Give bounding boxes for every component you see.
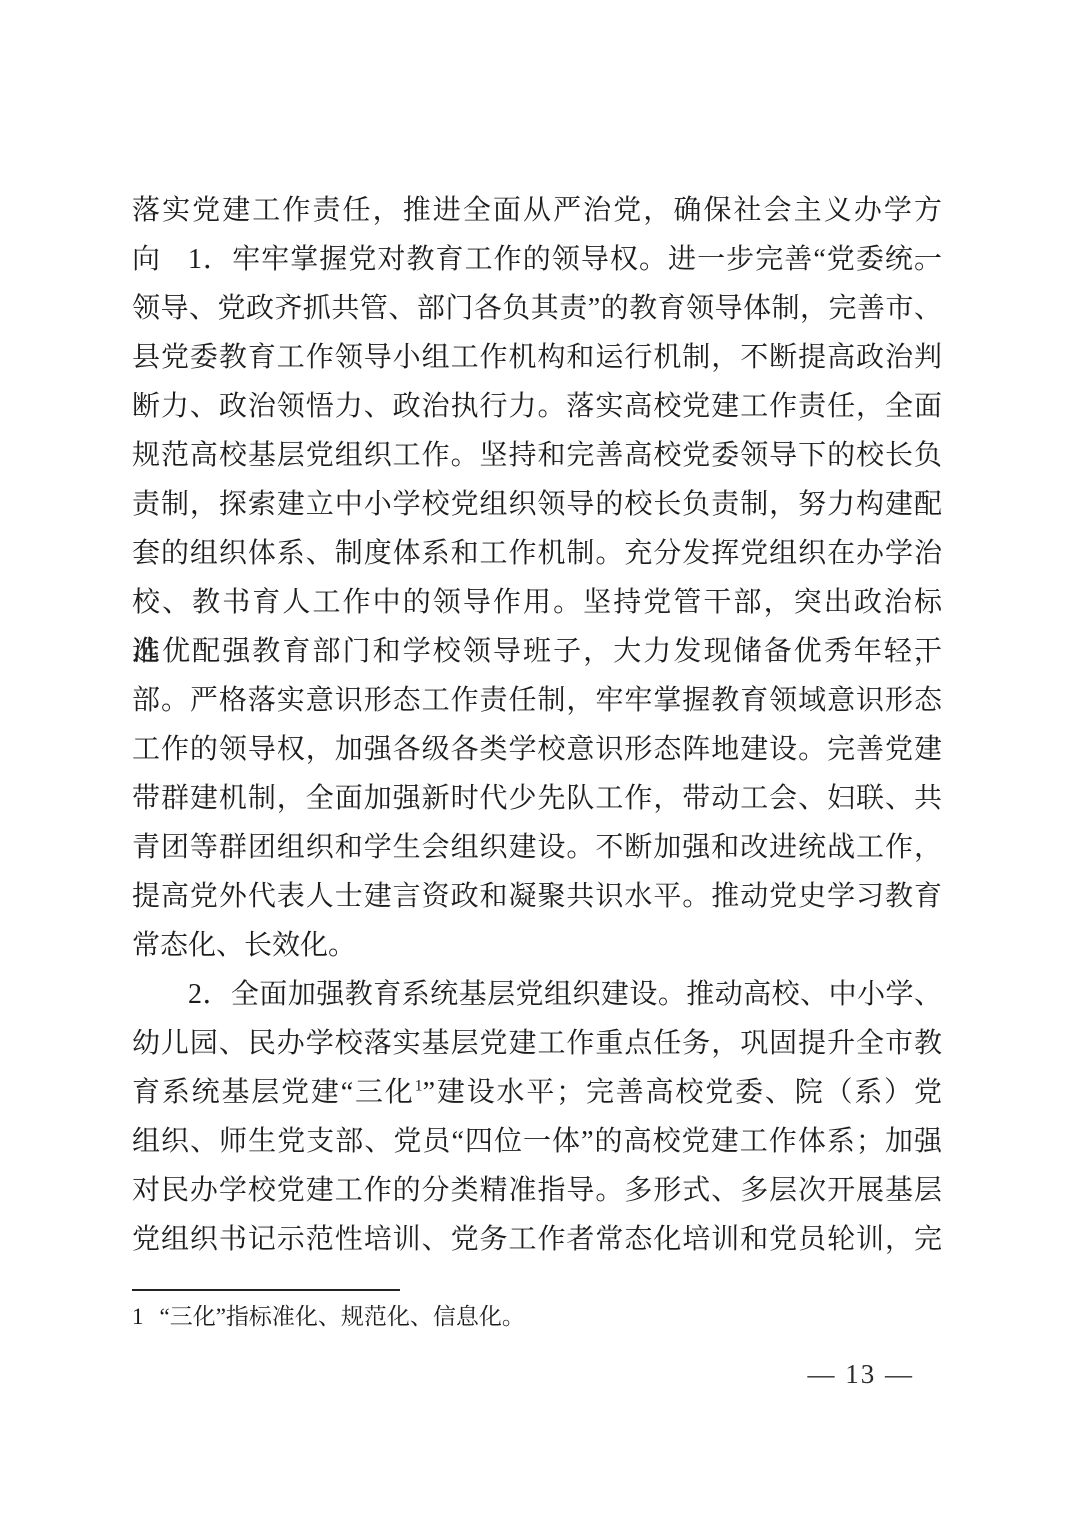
body-text-line: 2．全面加强教育系统基层党组织建设。推动高校、中小学、 <box>132 970 942 1019</box>
body-text-line: 领导、党政齐抓共管、部门各负其责”的教育领导体制，完善市、 <box>132 284 942 333</box>
body-text-line: 落实党建工作责任，推进全面从严治党，确保社会主义办学方向。 <box>132 186 942 235</box>
body-text-line: 青团等群团组织和学生会组织建设。不断加强和改进统战工作， <box>132 823 942 872</box>
footnote-reference-superscript: 1 <box>415 1078 423 1095</box>
body-text-line: 规范高校基层党组织工作。坚持和完善高校党委领导下的校长负 <box>132 431 942 480</box>
body-text-line: 提高党外代表人士建言资政和凝聚共识水平。推动党史学习教育 <box>132 872 942 921</box>
body-text-line: 选优配强教育部门和学校领导班子，大力发现储备优秀年轻干 <box>132 627 942 676</box>
body-text-line: 育系统基层党建“三化1”建设水平；完善高校党委、院（系）党 <box>132 1068 942 1117</box>
footnote-marker: 1 <box>132 1300 144 1334</box>
body-text-line: 党组织书记示范性培训、党务工作者常态化培训和党员轮训，完 <box>132 1215 942 1264</box>
footnote-divider <box>132 1289 400 1291</box>
footnote-section: 1“三化”指标准化、规范化、信息化。 <box>132 1289 942 1334</box>
body-text-line: 1．牢牢掌握党对教育工作的领导权。进一步完善“党委统一 <box>132 235 942 284</box>
body-text-line: 套的组织体系、制度体系和工作机制。充分发挥党组织在办学治 <box>132 529 942 578</box>
body-text-line: 断力、政治领悟力、政治执行力。落实高校党建工作责任，全面 <box>132 382 942 431</box>
body-text-line: 带群建机制，全面加强新时代少先队工作，带动工会、妇联、共 <box>132 774 942 823</box>
footnote-text: “三化”指标准化、规范化、信息化。 <box>160 1304 525 1329</box>
document-body: 落实党建工作责任，推进全面从严治党，确保社会主义办学方向。1．牢牢掌握党对教育工… <box>132 186 942 1264</box>
body-text-line: 部。严格落实意识形态工作责任制，牢牢掌握教育领域意识形态 <box>132 676 942 725</box>
body-text-line: 工作的领导权，加强各级各类学校意识形态阵地建设。完善党建 <box>132 725 942 774</box>
page-number: — 13 — <box>808 1358 915 1390</box>
document-page: 落实党建工作责任，推进全面从严治党，确保社会主义办学方向。1．牢牢掌握党对教育工… <box>0 0 1074 1520</box>
body-text-line: 对民办学校党建工作的分类精准指导。多形式、多层次开展基层 <box>132 1166 942 1215</box>
footnote: 1“三化”指标准化、规范化、信息化。 <box>132 1300 942 1334</box>
body-text-line: 常态化、长效化。 <box>132 921 942 970</box>
body-text-line: 县党委教育工作领导小组工作机构和运行机制，不断提高政治判 <box>132 333 942 382</box>
body-text-line: 责制，探索建立中小学校党组织领导的校长负责制，努力构建配 <box>132 480 942 529</box>
body-text-line: 幼儿园、民办学校落实基层党建工作重点任务，巩固提升全市教 <box>132 1019 942 1068</box>
body-text-line: 校、教书育人工作中的领导作用。坚持党管干部，突出政治标准， <box>132 578 942 627</box>
body-text-line: 组织、师生党支部、党员“四位一体”的高校党建工作体系；加强 <box>132 1117 942 1166</box>
